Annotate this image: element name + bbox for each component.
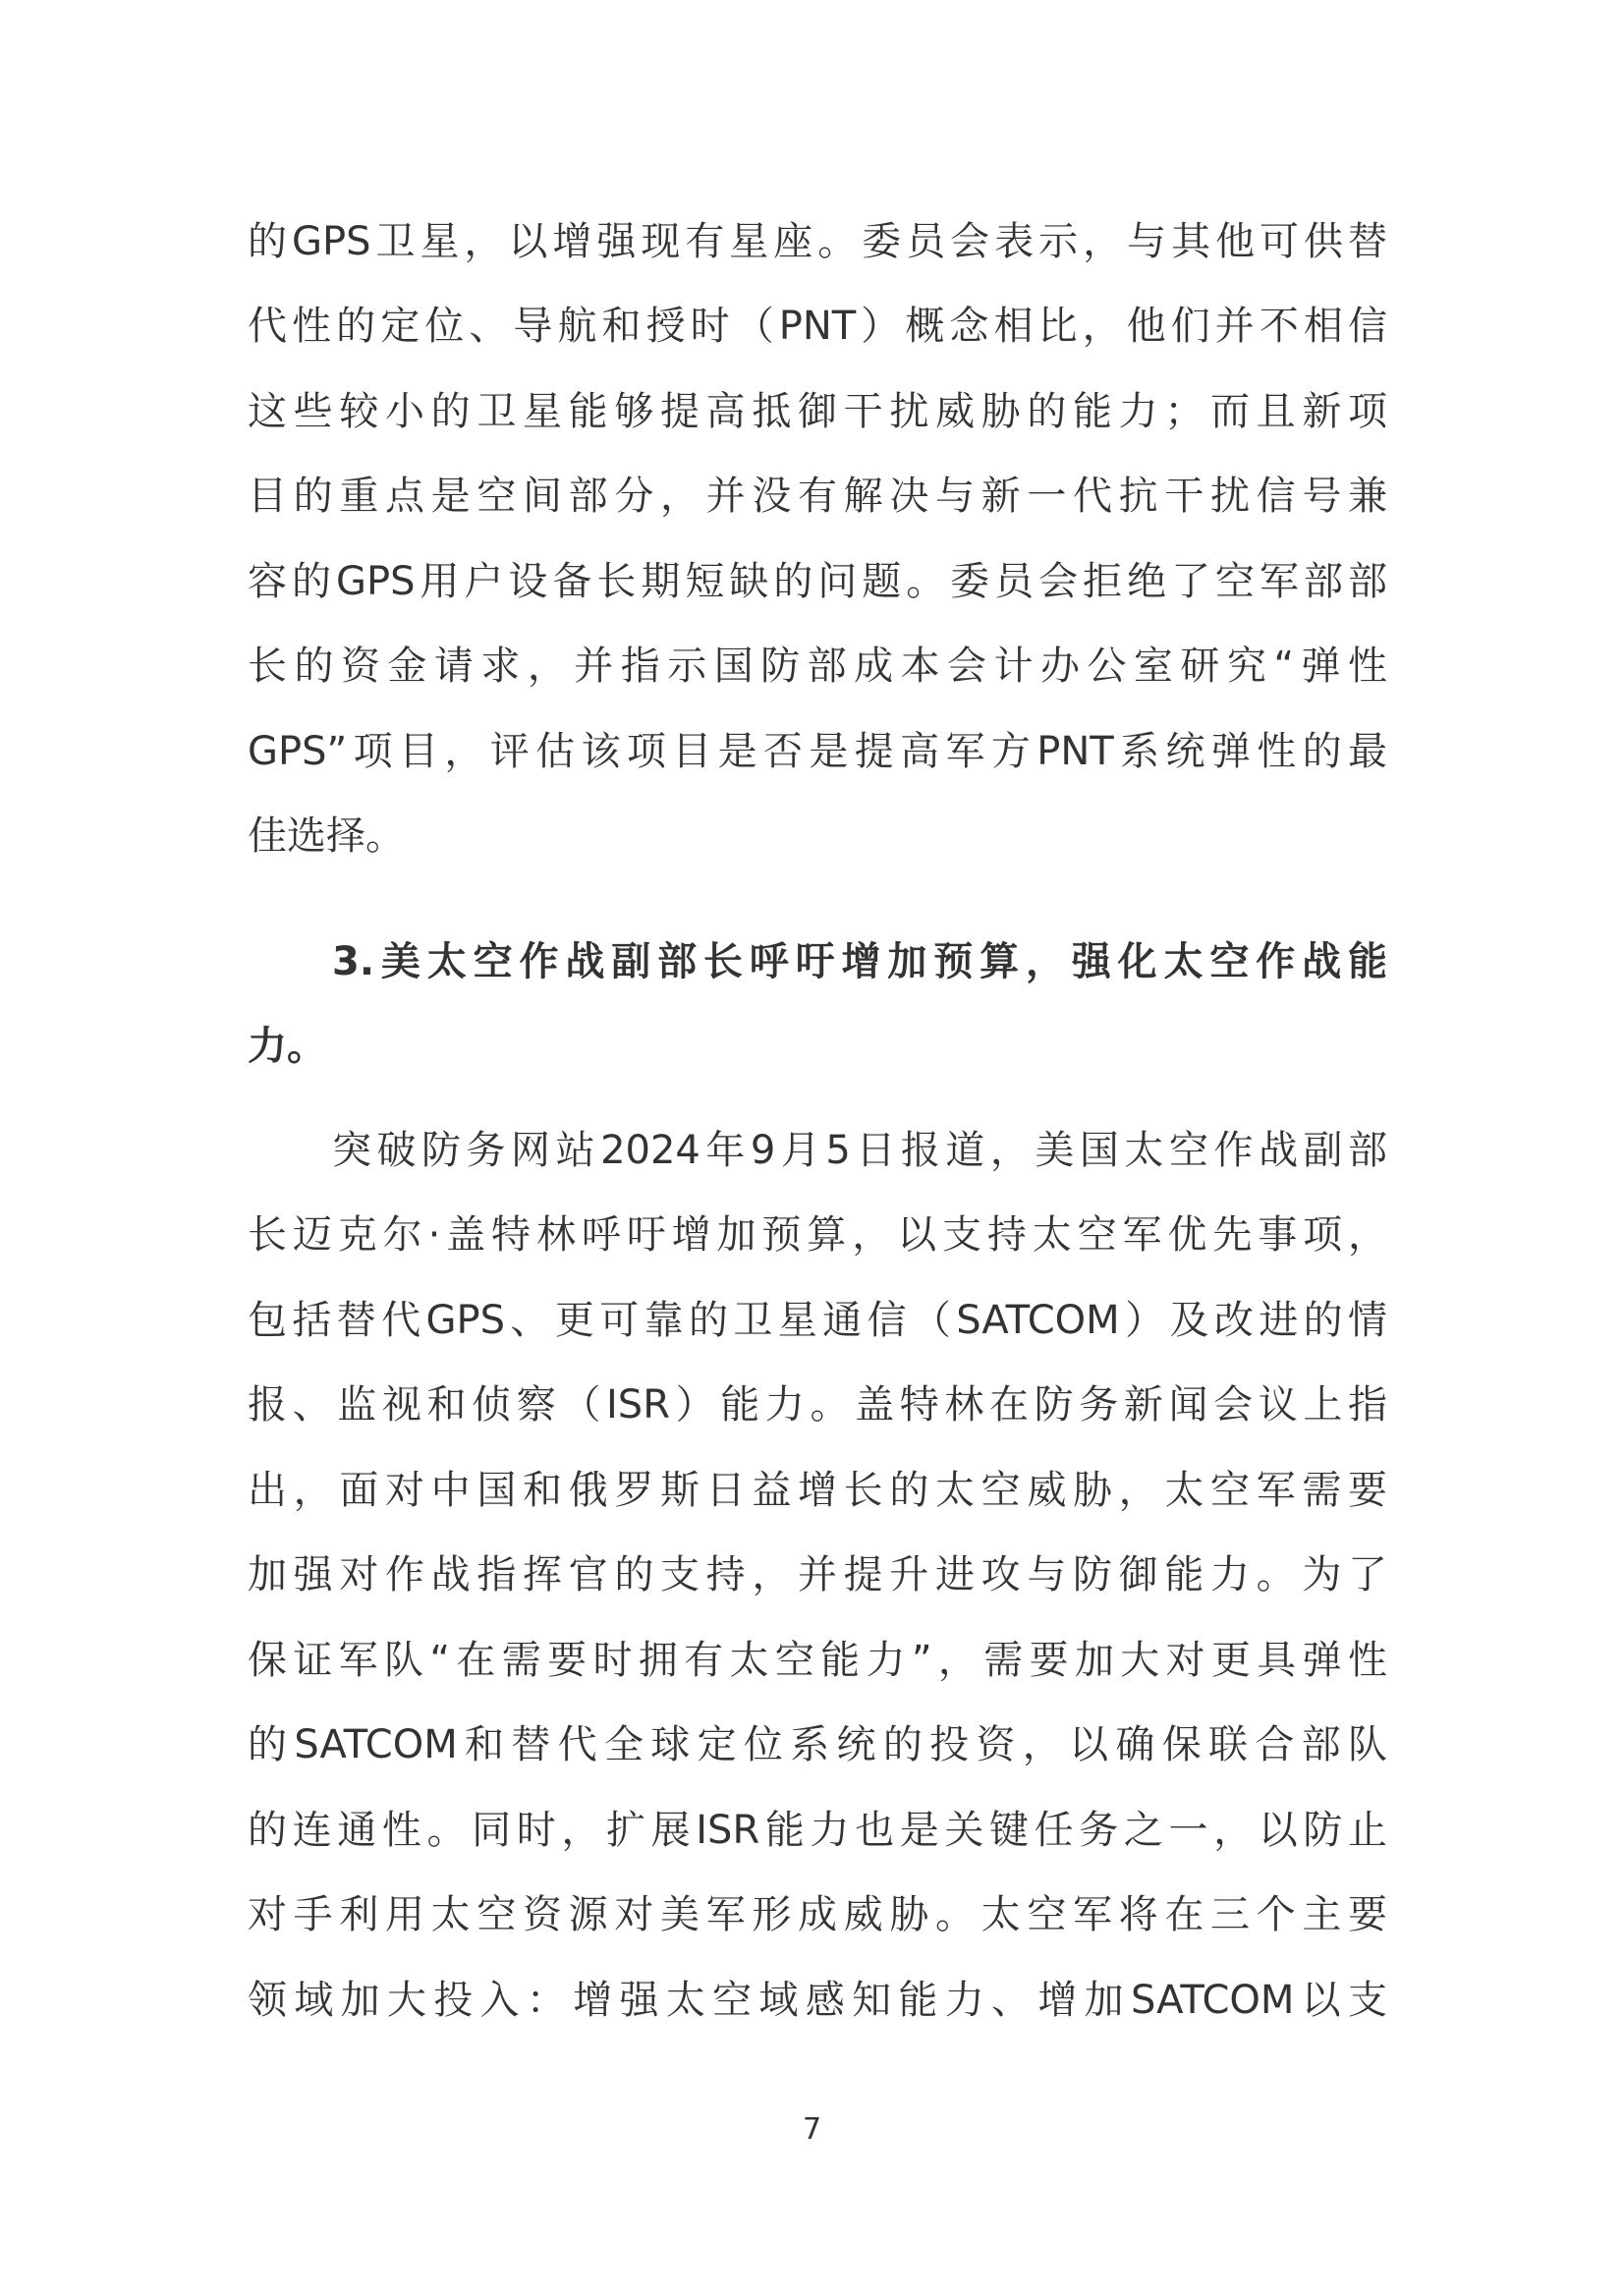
text-line: 这些较小的卫星能够提高抵御干扰威胁的能力；而且新项 [248, 388, 1387, 435]
text-line: 容的GPS用户设备长期短缺的问题。委员会拒绝了空军部部 [248, 558, 1387, 605]
text-line: 目的重点是空间部分，并没有解决与新一代抗干扰信号兼 [248, 473, 1387, 520]
text-line: 突破防务网站2024年9月5日报道，美国太空作战副部 [332, 1127, 1387, 1174]
text-line: 佳选择。 [248, 812, 1387, 860]
text-line: 的SATCOM和替代全球定位系统的投资，以确保联合部队 [248, 1721, 1387, 1768]
heading-line: 3.美太空作战副部长呼吁增加预算，强化太空作战能 [332, 938, 1387, 985]
text-line: 对手利用太空资源对美军形成威胁。太空军将在三个主要 [248, 1891, 1387, 1938]
text-line: 领域加大投入：增强太空域感知能力、增加SATCOM以支 [248, 1977, 1387, 2024]
text-line: 长迈克尔·盖特林呼吁增加预算，以支持太空军优先事项， [248, 1211, 1387, 1259]
heading-line: 力。 [248, 1023, 1387, 1070]
page-number: 7 [0, 2112, 1624, 2147]
text-line: 报、监视和侦察（ISR）能力。盖特林在防务新闻会议上指 [248, 1381, 1387, 1428]
text-line: 包括替代GPS、更可靠的卫星通信（SATCOM）及改进的情 [248, 1297, 1387, 1344]
text-line: 出，面对中国和俄罗斯日益增长的太空威胁，太空军需要 [248, 1467, 1387, 1514]
text-line: 代性的定位、导航和授时（PNT）概念相比，他们并不相信 [248, 303, 1387, 350]
document-page: 的GPS卫星，以增强现有星座。委员会表示，与其他可供替 代性的定位、导航和授时（… [0, 0, 1624, 2296]
text-line: 加强对作战指挥官的支持，并提升进攻与防御能力。为了 [248, 1551, 1387, 1598]
text-line: GPS”项目，评估该项目是否是提高军方PNT系统弹性的最 [248, 728, 1387, 775]
text-line: 的GPS卫星，以增强现有星座。委员会表示，与其他可供替 [248, 218, 1387, 265]
text-line: 的连通性。同时，扩展ISR能力也是关键任务之一，以防止 [248, 1807, 1387, 1854]
text-line: 长的资金请求，并指示国防部成本会计办公室研究“弹性 [248, 643, 1387, 690]
text-line: 保证军队“在需要时拥有太空能力”，需要加大对更具弹性 [248, 1637, 1387, 1684]
